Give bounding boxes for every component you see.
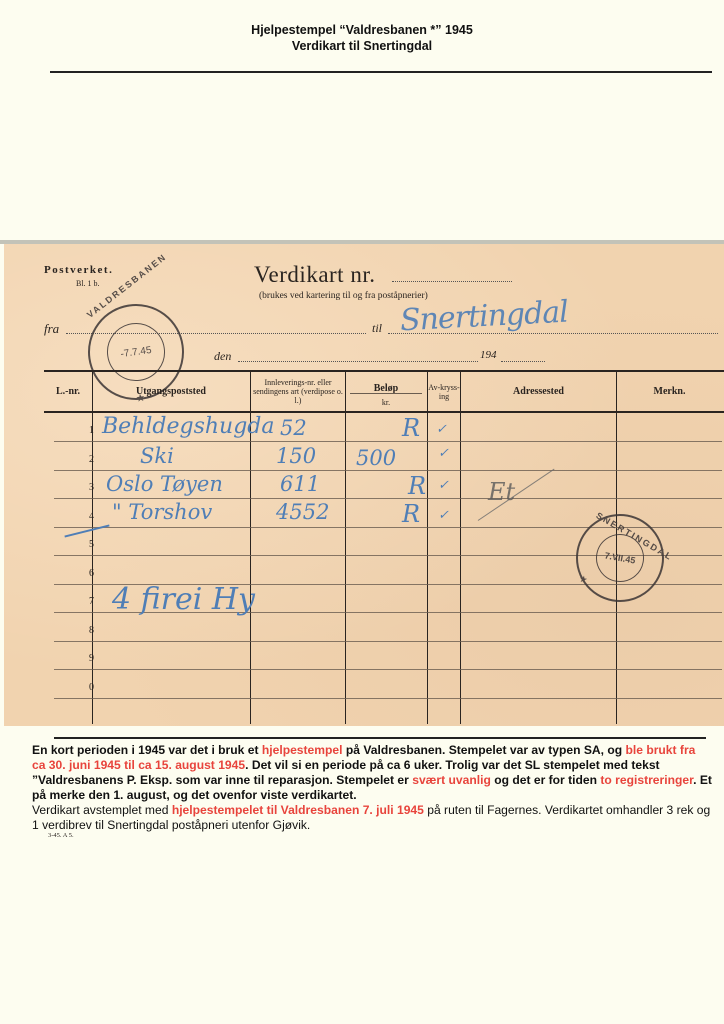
row-number: 1 <box>80 425 94 436</box>
row-number: 9 <box>80 653 94 664</box>
text: og det er for tiden <box>491 773 601 787</box>
col-header-belop: Beløp <box>346 372 426 394</box>
entry-check: ✓ <box>438 508 449 523</box>
total-note: 4 firei Hy <box>112 582 255 617</box>
text: En kort perioden i 1945 var det i bruk e… <box>32 743 262 757</box>
description: En kort perioden i 1945 var det i bruk e… <box>32 743 712 833</box>
page-subtitle: Verdikart til Snertingdal <box>0 38 724 54</box>
col-divider <box>427 372 428 724</box>
entry-utgang: Behldegshugda <box>102 414 275 439</box>
row-line <box>54 441 722 442</box>
page-title: Hjelpestempel “Valdresbanen *” 1945 <box>0 22 724 38</box>
postmark-date: 7.VII.45 <box>604 550 636 565</box>
form-number: Bl. 1 b. <box>76 279 100 288</box>
row-number: 4 <box>80 511 94 522</box>
description-paragraph-1: En kort perioden i 1945 var det i bruk e… <box>32 743 712 803</box>
den-line <box>238 361 478 362</box>
til-label: til <box>372 321 382 336</box>
entry-belop: R <box>402 414 420 442</box>
til-handwritten-value: Snertingdal <box>399 295 568 339</box>
entry-innlev: 4552 <box>276 500 329 524</box>
highlight: to registreringer <box>600 773 693 787</box>
year-line <box>501 361 545 362</box>
row-line <box>54 498 722 499</box>
highlight: hjelpestempel <box>262 743 343 757</box>
col-header-belop-kr: kr. <box>346 394 426 410</box>
col-header-avkryssing: Av-kryss-ing <box>428 372 460 411</box>
entry-utgang: " Torshov <box>112 500 212 524</box>
text: Verdikart avstemplet med <box>32 803 172 817</box>
adressested-mark: Et <box>488 478 515 506</box>
entry-utgang: Ski <box>140 444 174 468</box>
row-number: 7 <box>80 596 94 607</box>
snertingdal-postmark: 7.VII.45 SNERTINGDAL ★ <box>569 507 671 609</box>
entry-innlev: 611 <box>280 472 320 496</box>
entry-belop: R <box>402 500 420 528</box>
print-code: 3-45. A 5. <box>48 832 74 839</box>
col-divider <box>345 372 346 724</box>
postmark-date: -7.7.45 <box>120 344 152 359</box>
header-divider <box>50 71 712 73</box>
verdikart-form: Postverket. Bl. 1 b. Verdikart nr. (bruk… <box>4 244 724 726</box>
highlight: hjelpestempelet til Valdresbanen 7. juli… <box>172 803 424 817</box>
table-header-border <box>44 411 724 413</box>
page-header: Hjelpestempel “Valdresbanen *” 1945 Verd… <box>0 22 724 54</box>
entry-innlev: 150 <box>276 444 316 468</box>
entry-belop: 500 <box>356 446 396 470</box>
row-line <box>54 669 722 670</box>
col-header-lnr: L.-nr. <box>44 372 92 411</box>
entry-check: ✓ <box>436 422 447 437</box>
row-number: 2 <box>80 454 94 465</box>
description-paragraph-2: Verdikart avstemplet med hjelpestempelet… <box>32 803 712 833</box>
entry-belop: R <box>408 472 426 500</box>
row-line <box>54 470 722 471</box>
row-number: 5 <box>80 539 94 550</box>
issuer-label: Postverket. <box>44 264 113 276</box>
description-divider <box>54 737 706 739</box>
text: på Valdresbanen. Stempelet var av typen … <box>343 743 626 757</box>
row-number: 8 <box>80 625 94 636</box>
form-title: Verdikart nr. <box>254 262 375 288</box>
col-divider <box>460 372 461 724</box>
row-line <box>54 641 722 642</box>
row-number: 0 <box>80 682 94 693</box>
fra-label: fra <box>44 321 59 337</box>
col-header-merkn: Merkn. <box>617 372 722 411</box>
entry-check: ✓ <box>438 478 449 493</box>
star-icon: ★ <box>579 574 590 584</box>
col-header-utgang: Utgangspoststed <box>92 372 250 411</box>
col-header-innlev: Innleverings-nr. eller sendingens art (v… <box>252 372 344 411</box>
entry-innlev: 52 <box>280 416 307 440</box>
entry-check: ✓ <box>438 446 449 461</box>
year-label: 194 <box>480 349 497 361</box>
row-line <box>54 698 722 699</box>
row-number: 3 <box>80 482 94 493</box>
entry-utgang: Oslo Tøyen <box>106 472 223 496</box>
form-subtitle: (brukes ved kartering til og fra poståpn… <box>259 291 428 301</box>
form-number-line <box>392 281 512 282</box>
highlight: svært uvanlig <box>412 773 491 787</box>
col-header-adressested: Adressested <box>461 372 616 411</box>
row-number: 6 <box>80 568 94 579</box>
den-label: den <box>214 349 231 364</box>
